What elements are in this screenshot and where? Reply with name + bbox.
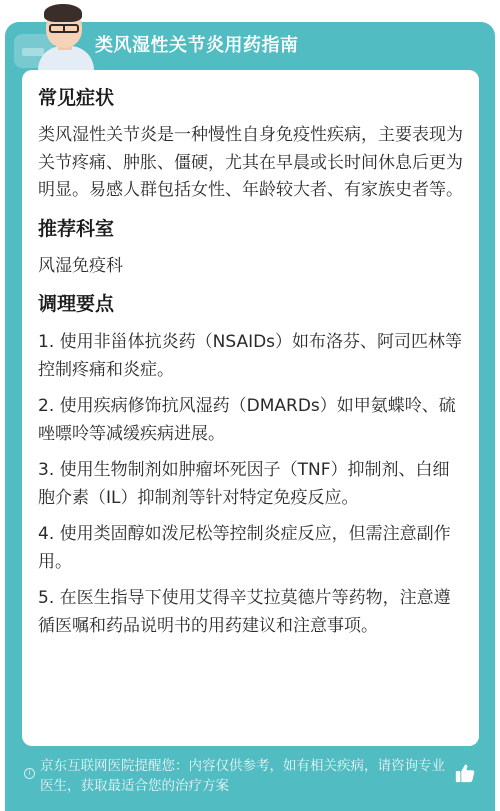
list-item: 2. 使用疾病修饰抗风湿药（DMARDs）如甲氨蝶呤、硫唑嘌呤等减缓疾病进展。 bbox=[38, 392, 463, 448]
list-item: 3. 使用生物制剂如肿瘤坏死因子（TNF）抑制剂、白细胞介素（IL）抑制剂等针对… bbox=[38, 456, 463, 512]
doctor-avatar bbox=[32, 2, 98, 70]
list-item: 1. 使用非甾体抗炎药（NSAIDs）如布洛芬、阿司匹林等控制疼痛和炎症。 bbox=[38, 328, 463, 384]
content-panel: 常见症状 类风湿性关节炎是一种慢性自身免疫性疾病，主要表现为关节疼痛、肿胀、僵硬… bbox=[22, 70, 479, 746]
page-title: 类风湿性关节炎用药指南 bbox=[95, 34, 299, 58]
list-item: 4. 使用类固醇如泼尼松等控制炎症反应，但需注意副作用。 bbox=[38, 520, 463, 576]
care-list: 1. 使用非甾体抗炎药（NSAIDs）如布洛芬、阿司匹林等控制疼痛和炎症。 2.… bbox=[38, 328, 463, 640]
list-item: 5. 在医生指导下使用艾得辛艾拉莫德片等药物，注意遵循医嘱和药品说明书的用药建议… bbox=[38, 584, 463, 640]
department-text: 风湿免疫科 bbox=[38, 253, 463, 281]
thumbs-up-icon[interactable] bbox=[454, 762, 476, 784]
disclaimer-text: 京东互联网医院提醒您：内容仅供参考，如有相关疾病，请咨询专业医生，获取最适合您的… bbox=[40, 756, 452, 796]
disclaimer-footer: i 京东互联网医院提醒您：内容仅供参考，如有相关疾病，请咨询专业医生，获取最适合… bbox=[22, 754, 482, 804]
section-title-department: 推荐科室 bbox=[38, 215, 463, 243]
info-icon: i bbox=[24, 768, 35, 779]
symptoms-text: 类风湿性关节炎是一种慢性自身免疫性疾病，主要表现为关节疼痛、肿胀、僵硬，尤其在早… bbox=[38, 122, 463, 205]
section-title-symptoms: 常见症状 bbox=[38, 84, 463, 112]
section-title-care: 调理要点 bbox=[38, 290, 463, 318]
